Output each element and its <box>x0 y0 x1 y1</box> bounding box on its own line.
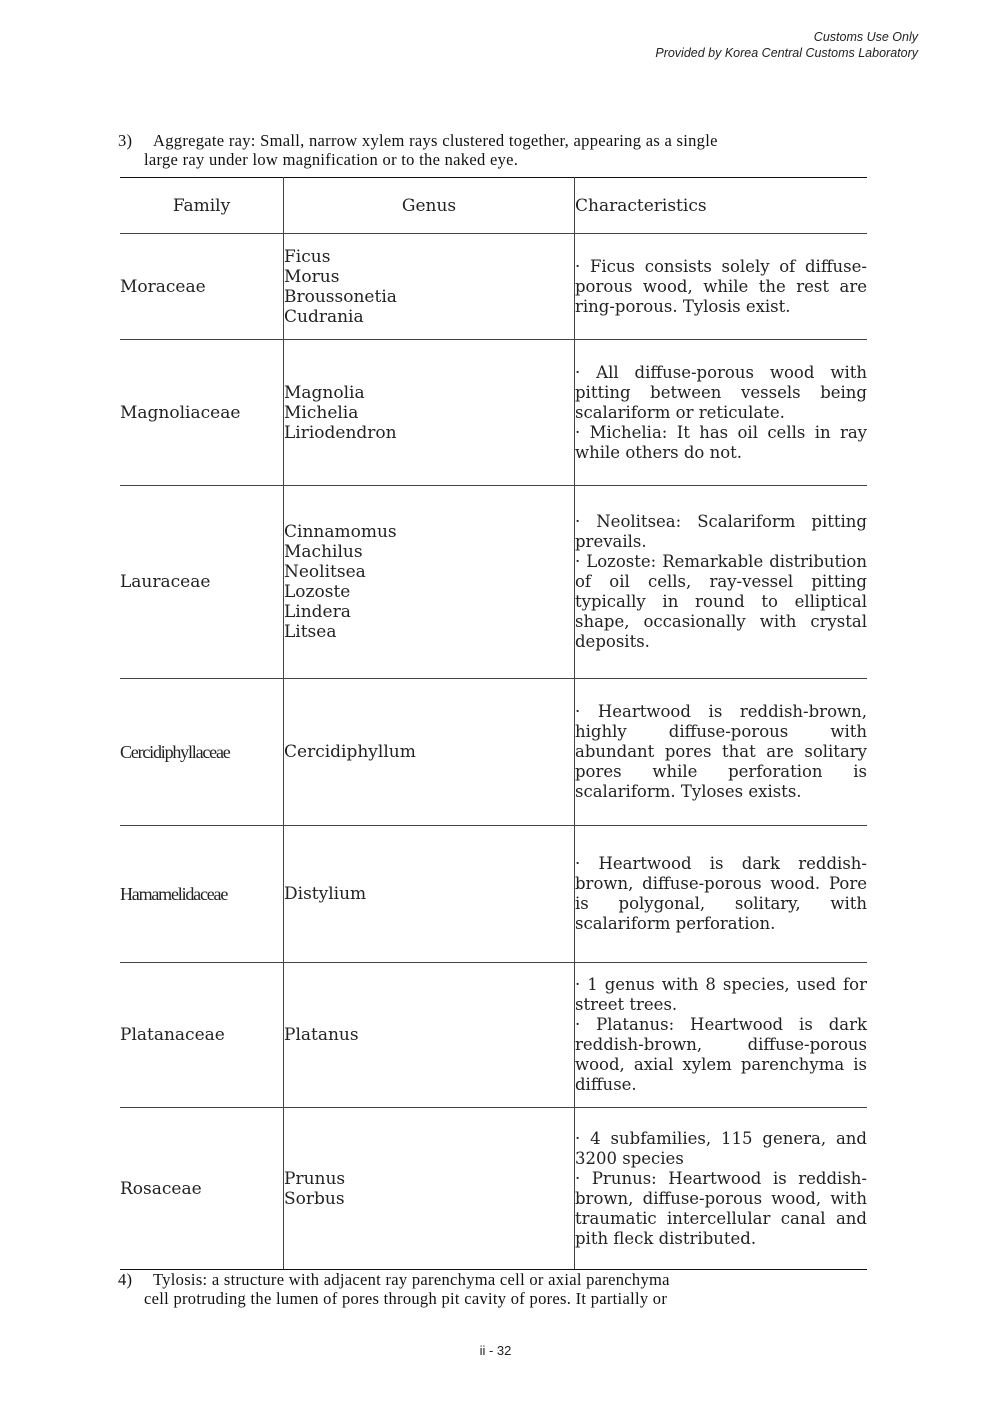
characteristic-bullet: · 4 subfamilies, 115 genera, and 3200 sp… <box>575 1129 867 1169</box>
page-header: Customs Use Only Provided by Korea Centr… <box>655 29 918 61</box>
family-cell: Magnoliaceae <box>120 340 284 486</box>
genus-cell: Cercidiphyllum <box>284 679 575 826</box>
characteristic-bullet: · Platanus: Heartwood is dark reddish-br… <box>575 1015 867 1095</box>
paragraph-number: 4) <box>118 1270 153 1289</box>
characteristic-bullet: · Ficus consists solely of diffuse-porou… <box>575 257 867 317</box>
genus-name: Platanus <box>284 1025 574 1045</box>
characteristics-cell: · Heartwood is dark reddish-brown, diffu… <box>575 826 868 963</box>
genus-name: Lindera <box>284 602 574 622</box>
family-cell: Cercidiphyllaceae <box>120 679 284 826</box>
genus-name: Cercidiphyllum <box>284 742 574 762</box>
family-cell: Lauraceae <box>120 486 284 679</box>
genus-name: Prunus <box>284 1169 574 1189</box>
wood-family-table: Family Genus Characteristics MoraceaeFic… <box>120 177 867 1270</box>
characteristic-bullet: · Lozoste: Remarkable distribution of oi… <box>575 552 867 652</box>
page-number: ii - 32 <box>0 1343 991 1358</box>
genus-name: Cinnamomus <box>284 522 574 542</box>
characteristics-cell: · 1 genus with 8 species, used for stree… <box>575 963 868 1108</box>
genus-name: Broussonetia <box>284 287 574 307</box>
genus-name: Distylium <box>284 884 574 904</box>
genus-name: Michelia <box>284 403 574 423</box>
characteristic-bullet: · Prunus: Heartwood is reddish-brown, di… <box>575 1169 867 1249</box>
header-provider: Provided by Korea Central Customs Labora… <box>655 45 918 61</box>
genus-name: Neolitsea <box>284 562 574 582</box>
genus-name: Machilus <box>284 542 574 562</box>
paragraph-tylosis: 4)Tylosis: a structure with adjacent ray… <box>118 1270 853 1308</box>
column-header-characteristics: Characteristics <box>575 178 868 234</box>
column-header-family: Family <box>120 178 284 234</box>
table-row: CercidiphyllaceaeCercidiphyllum· Heartwo… <box>120 679 867 826</box>
family-cell: Rosaceae <box>120 1108 284 1270</box>
characteristic-bullet: · Neolitsea: Scalariform pitting prevail… <box>575 512 867 552</box>
paragraph-line: cell protruding the lumen of pores throu… <box>118 1289 853 1308</box>
genus-cell: MagnoliaMicheliaLiriodendron <box>284 340 575 486</box>
genus-name: Lozoste <box>284 582 574 602</box>
table-row: HamamelidaceaeDistylium· Heartwood is da… <box>120 826 867 963</box>
table-row: PlatanaceaePlatanus· 1 genus with 8 spec… <box>120 963 867 1108</box>
characteristic-bullet: · All diffuse-porous wood with pitting b… <box>575 363 867 423</box>
characteristic-bullet: · Michelia: It has oil cells in ray whil… <box>575 423 867 463</box>
genus-name: Cudrania <box>284 307 574 327</box>
genus-cell: PrunusSorbus <box>284 1108 575 1270</box>
characteristic-bullet: · Heartwood is dark reddish-brown, diffu… <box>575 854 867 934</box>
genus-cell: Platanus <box>284 963 575 1108</box>
table-row: MagnoliaceaeMagnoliaMicheliaLiriodendron… <box>120 340 867 486</box>
characteristics-cell: · Neolitsea: Scalariform pitting prevail… <box>575 486 868 679</box>
genus-name: Litsea <box>284 622 574 642</box>
paragraph-number: 3) <box>118 131 153 150</box>
header-usage-note: Customs Use Only <box>655 29 918 45</box>
genus-name: Magnolia <box>284 383 574 403</box>
genus-cell: Distylium <box>284 826 575 963</box>
paragraph-line: large ray under low magnification or to … <box>118 150 853 169</box>
characteristics-cell: · All diffuse-porous wood with pitting b… <box>575 340 868 486</box>
family-cell: Platanaceae <box>120 963 284 1108</box>
genus-name: Liriodendron <box>284 423 574 443</box>
table-row: RosaceaePrunusSorbus· 4 subfamilies, 115… <box>120 1108 867 1270</box>
characteristics-cell: · Heartwood is reddish-brown, highly dif… <box>575 679 868 826</box>
table-row: LauraceaeCinnamomusMachilusNeolitseaLozo… <box>120 486 867 679</box>
genus-name: Ficus <box>284 247 574 267</box>
column-header-genus: Genus <box>284 178 575 234</box>
genus-cell: FicusMorusBroussonetiaCudrania <box>284 234 575 340</box>
characteristics-cell: · Ficus consists solely of diffuse-porou… <box>575 234 868 340</box>
genus-cell: CinnamomusMachilusNeolitseaLozosteLinder… <box>284 486 575 679</box>
genus-name: Morus <box>284 267 574 287</box>
paragraph-aggregate-ray: 3)Aggregate ray: Small, narrow xylem ray… <box>118 131 853 169</box>
family-cell: Hamamelidaceae <box>120 826 284 963</box>
paragraph-line: Aggregate ray: Small, narrow xylem rays … <box>153 131 718 150</box>
table-header-row: Family Genus Characteristics <box>120 178 867 234</box>
family-cell: Moraceae <box>120 234 284 340</box>
paragraph-line: Tylosis: a structure with adjacent ray p… <box>153 1270 670 1289</box>
characteristic-bullet: · Heartwood is reddish-brown, highly dif… <box>575 702 867 802</box>
genus-name: Sorbus <box>284 1189 574 1209</box>
characteristic-bullet: · 1 genus with 8 species, used for stree… <box>575 975 867 1015</box>
table-row: MoraceaeFicusMorusBroussonetiaCudrania· … <box>120 234 867 340</box>
characteristics-cell: · 4 subfamilies, 115 genera, and 3200 sp… <box>575 1108 868 1270</box>
